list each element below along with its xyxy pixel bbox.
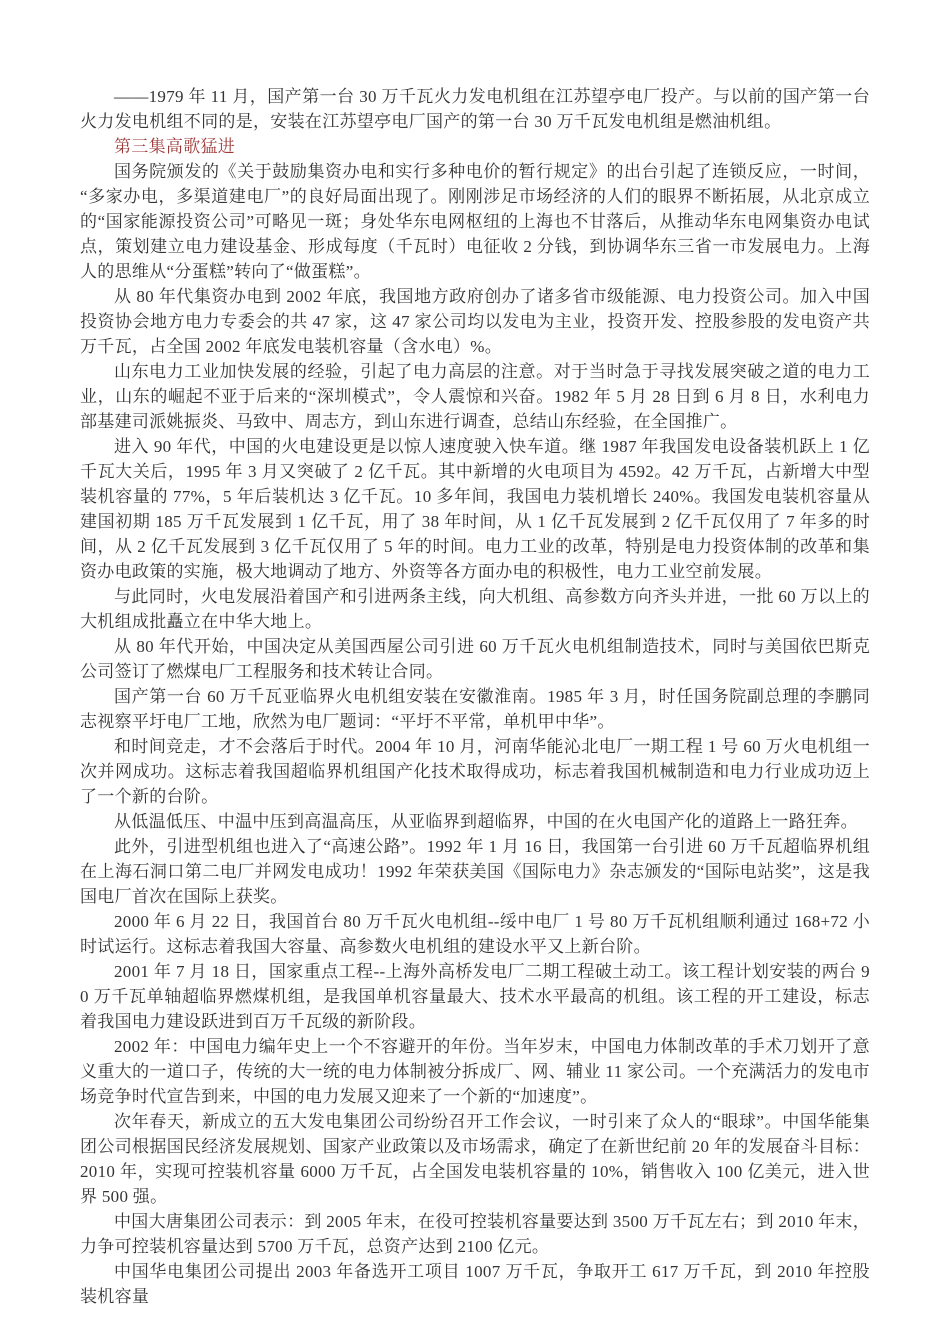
paragraph: ——1979 年 11 月，国产第一台 30 万千瓦火力发电机组在江苏望亭电厂投… [80, 84, 870, 134]
paragraph: 中国大唐集团公司表示：到 2005 年末，在役可控装机容量要达到 3500 万千… [80, 1209, 870, 1259]
paragraph: 和时间竞走，才不会落后于时代。2004 年 10 月，河南华能沁北电厂一期工程 … [80, 734, 870, 809]
paragraph: 从 80 年代集资办电到 2002 年底，我国地方政府创办了诸多省市级能源、电力… [80, 284, 870, 359]
paragraph: 从低温低压、中温中压到高温高压，从亚临界到超临界，中国的在火电国产化的道路上一路… [80, 809, 870, 834]
paragraph: 次年春天，新成立的五大发电集团公司纷纷召开工作会议，一时引来了众人的“眼球”。中… [80, 1109, 870, 1209]
paragraph: 国产第一台 60 万千瓦亚临界火电机组安装在安徽淮南。1985 年 3 月，时任… [80, 684, 870, 734]
document-body: ——1979 年 11 月，国产第一台 30 万千瓦火力发电机组在江苏望亭电厂投… [80, 84, 870, 1309]
document-page: ——1979 年 11 月，国产第一台 30 万千瓦火力发电机组在江苏望亭电厂投… [0, 0, 950, 1344]
paragraph: 与此同时，火电发展沿着国产和引进两条主线，向大机组、高参数方向齐头并进，一批 6… [80, 584, 870, 634]
paragraph: 2002 年：中国电力编年史上一个不容避开的年份。当年岁末，中国电力体制改革的手… [80, 1034, 870, 1109]
paragraph: 2000 年 6 月 22 日，我国首台 80 万千瓦火电机组--绥中电厂 1 … [80, 909, 870, 959]
paragraph: 中国华电集团公司提出 2003 年备选开工项目 1007 万千瓦，争取开工 61… [80, 1259, 870, 1309]
paragraph: 此外，引进型机组也进入了“高速公路”。1992 年 1 月 16 日，我国第一台… [80, 834, 870, 909]
paragraph: 进入 90 年代，中国的火电建设更是以惊人速度驶入快车道。继 1987 年我国发… [80, 434, 870, 584]
section-heading: 第三集高歌猛进 [80, 134, 870, 159]
paragraph: 2001 年 7 月 18 日，国家重点工程--上海外高桥发电厂二期工程破土动工… [80, 959, 870, 1034]
paragraph: 从 80 年代开始，中国决定从美国西屋公司引进 60 万千瓦火电机组制造技术，同… [80, 634, 870, 684]
paragraph: 山东电力工业加快发展的经验，引起了电力高层的注意。对于当时急于寻找发展突破之道的… [80, 359, 870, 434]
paragraph: 国务院颁发的《关于鼓励集资办电和实行多种电价的暂行规定》的出台引起了连锁反应，一… [80, 159, 870, 284]
